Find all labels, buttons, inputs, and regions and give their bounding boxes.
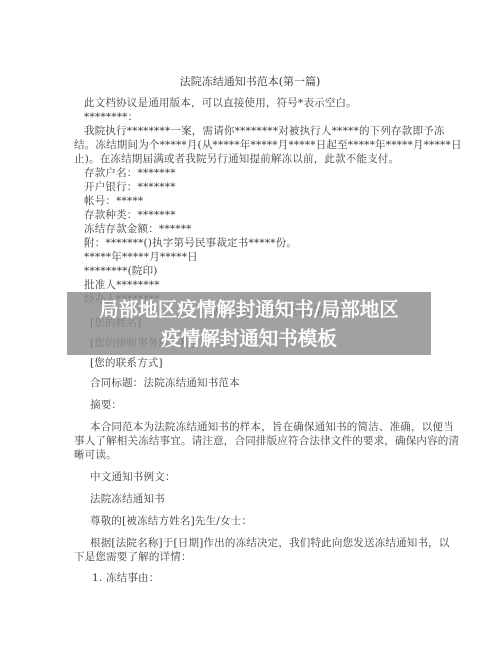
list-item-1: 1. 冻结事由： [92,571,159,585]
intro-text: 此文档协议是通用版本，可以直接使用，符号*表示空白。 [84,96,357,110]
field-deposit-type: 存款种类：******* [84,208,176,222]
salutation: 尊敬的[被冻结方姓名]先生/女士： [90,514,252,528]
field-frozen-amount: 冻结存款金额：****** [84,222,192,236]
summary-label: 摘要： [90,398,122,412]
addressee: ********： [84,110,138,124]
title-banner: 局部地区疫情解封通知书/局部地区 疫情解封通知书模板 [67,292,431,355]
notice-title: 法院冻结通知书 [90,492,165,506]
field-date: *****年*****月*****日 [84,250,198,264]
field-approver: 批准人******** [84,278,160,292]
field-attachment: 附：*******()执字第号民事裁定书*****份。 [84,236,297,250]
body-line: 结。冻结期间为个*****月(从*****年*****月*****日起至****… [74,138,462,152]
field-court-seal: ********(院印) [84,264,158,278]
notice-body-line: 下是您需要了解的详情： [74,550,192,564]
banner-line-2: 疫情解封通知书模板 [67,324,431,353]
summary-line: 事人了解相关冻结事宜。请注意，合同排版应符合法律文件的要求，确保内容的清 [74,434,459,448]
body-line: 我院执行********一案，需请你********对被执行人*****的下列存… [84,124,445,138]
contract-title: 合同标题：法院冻结通知书范本 [90,376,240,390]
notice-body-line: 根据[法院名称]于[日期]作出的冻结决定，我们特此向您发送冻结通知书，以 [90,536,450,550]
field-account-name: 存款户名：******* [84,166,176,180]
page1-title: 法院冻结通知书范本(第一篇) [0,73,500,89]
summary-line: 晰可读。 [74,448,117,462]
banner-line-1: 局部地区疫情解封通知书/局部地区 [67,295,431,324]
summary-line: 本合同范本为法院冻结通知书的样本，旨在确保通知书的简洁、准确，以便当 [90,420,454,434]
example-label: 中文通知书例文： [90,470,176,484]
field-bank: 开户银行：******* [84,180,176,194]
sender-contact: [您的联系方式] [90,356,163,370]
field-account-number: 帐号：***** [84,194,143,208]
body-line: 止)。在冻结期届满或者我院另行通知提前解冻以前，此款不能支付。 [74,152,399,166]
